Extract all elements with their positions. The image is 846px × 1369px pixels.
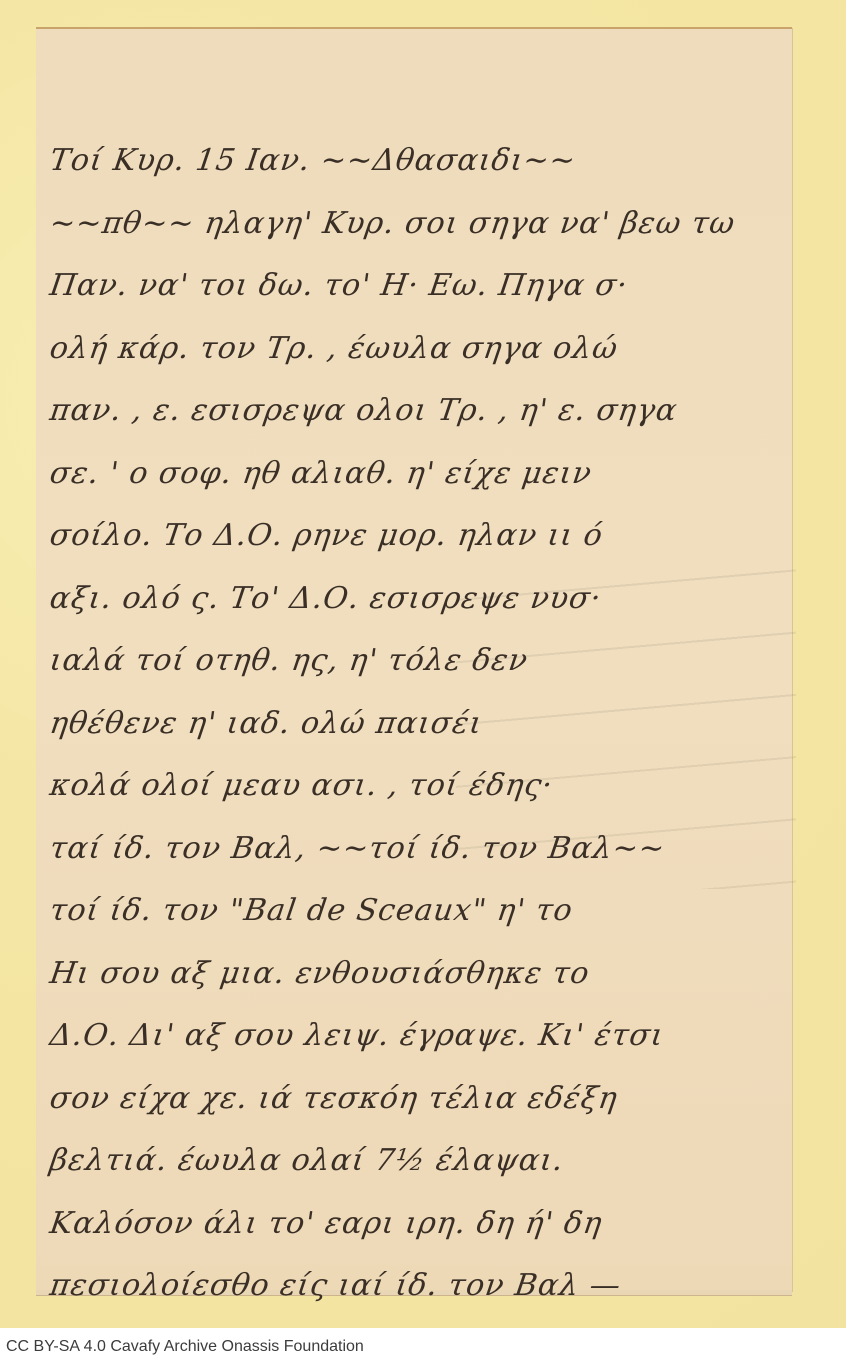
scan-background: Τοί Κυρ. 15 Ιαν. ~~Δθασαιδι~~ ~~πθ~~ ηλα…	[0, 0, 846, 1328]
manuscript-line: παν. , ε. εσισρεψα ολοι Τρ. , η' ε. σηγα	[46, 380, 785, 443]
manuscript-line: Παν. να' τοι δω. το' Η· Εω. Πηγα σ·	[46, 255, 785, 318]
manuscript-line: ταί ίδ. τον Βαλ, ~~τοί ίδ. τον Βαλ~~	[46, 818, 785, 881]
manuscript-line: σον είχα χε. ιά τεσκόη τέλια εδέξη	[46, 1068, 785, 1131]
manuscript-line: αξι. ολό ς. Το' Δ.Ο. εσισρεψε νυσ·	[46, 568, 785, 631]
manuscript-line: σε. ' ο σοφ. ηθ αλιαθ. η' είχε μειν	[46, 443, 785, 506]
manuscript-line: ~~πθ~~ ηλαγη' Κυρ. σοι σηγα να' βεω τω	[46, 193, 785, 256]
manuscript-line: Τοί Κυρ. 15 Ιαν. ~~Δθασαιδι~~	[46, 130, 785, 193]
manuscript-line: Ηι σου αξ μια. ενθουσιάσθηκε το	[46, 943, 785, 1006]
manuscript-line: Δ.Ο. Δι' αξ σου λειψ. έγραψε. Κι' έτσι	[46, 1005, 785, 1068]
handwritten-text: Τοί Κυρ. 15 Ιαν. ~~Δθασαιδι~~ ~~πθ~~ ηλα…	[50, 130, 780, 1318]
manuscript-line: σοίλο. Το Δ.Ο. ρηνε μορ. ηλαν ιι ό	[46, 505, 785, 568]
manuscript-line: Καλόσον άλι το' εαρι ιρη. δη ή' δη	[46, 1193, 785, 1256]
license-credit: CC BY-SA 4.0 Cavafy Archive Onassis Foun…	[6, 1338, 364, 1356]
manuscript-line: ολή κάρ. τον Τρ. , έωυλα σηγα ολώ	[46, 318, 785, 381]
manuscript-line: κολά ολοί μεαυ ασι. , τοί έδης·	[46, 755, 785, 818]
manuscript-line: τοί ίδ. τον "Bal de Sceaux" η' το	[46, 880, 785, 943]
manuscript-line: ηθέθενε η' ιαδ. ολώ παισέι	[46, 693, 785, 756]
manuscript-line: πεσιολοίεσθο είς ιαί ίδ. τον Βαλ —	[46, 1255, 785, 1318]
manuscript-line: ιαλά τοί οτηθ. ης, η' τόλε δεν	[46, 630, 785, 693]
manuscript-line: βελτιά. έωυλα ολαί 7½ έλαψαι.	[46, 1130, 785, 1193]
